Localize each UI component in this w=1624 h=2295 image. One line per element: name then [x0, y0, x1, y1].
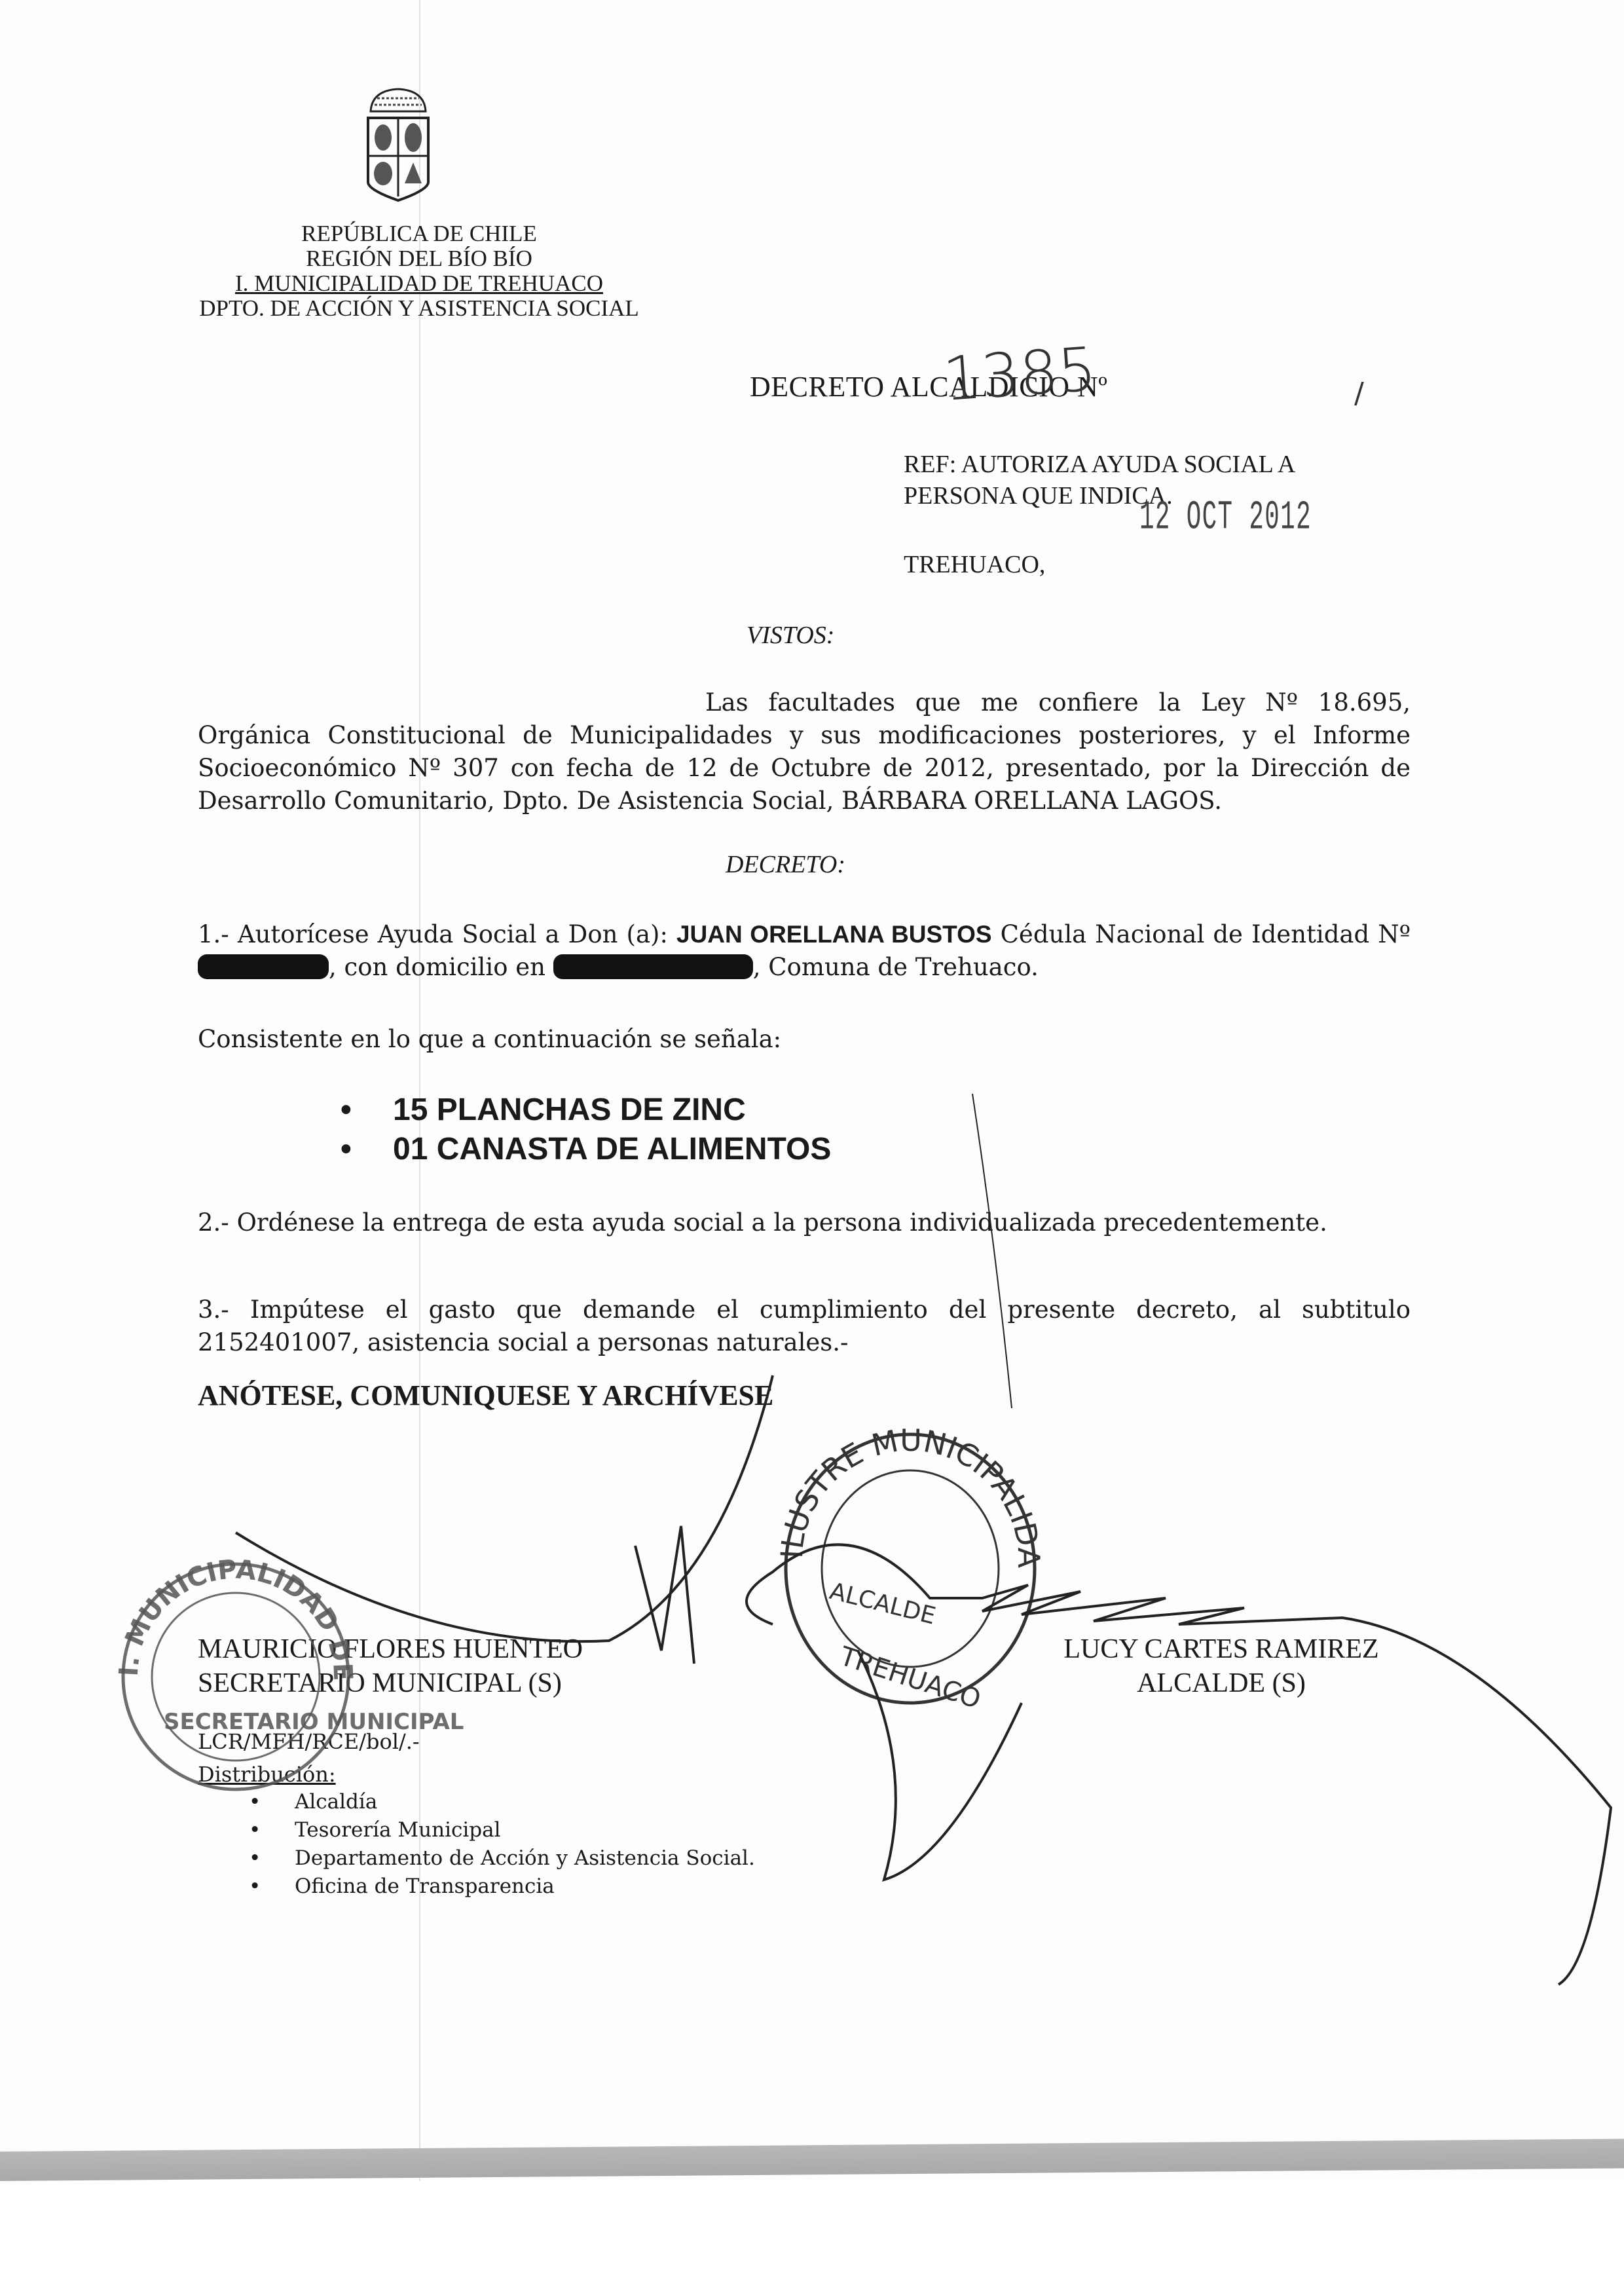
letterhead-country: REPÚBLICA DE CHILE: [196, 221, 642, 246]
decree-number-handwritten: 1385: [941, 334, 1099, 415]
bullet-icon: •: [249, 1788, 295, 1816]
decreto-item-3: 3.- Impútese el gasto que demande el cum…: [198, 1294, 1411, 1359]
vistos-paragraph: Las facultades que me confiere la Ley Nº…: [198, 686, 1411, 817]
mayor-role: ALCALDE (S): [1025, 1666, 1418, 1700]
distribution-label: Distribución:: [198, 1762, 336, 1787]
reference-initials: LCR/MFH/RCE/bol/.-: [198, 1729, 420, 1754]
decree-number-slash: /: [1354, 377, 1364, 410]
letterhead-municipality: I. MUNICIPALIDAD DE TREHUACO: [196, 271, 642, 296]
date-stamp: 12 OCT 2012: [1139, 494, 1312, 541]
redacted-address: [553, 954, 753, 979]
closing-formula: ANÓTESE, COMUNIQUESE Y ARCHÍVESE: [198, 1379, 773, 1412]
distribution-item: •Tesorería Municipal: [249, 1816, 755, 1844]
signature-block-secretary: MAURICIO FLORES HUENTEO SECRETARIO MUNIC…: [198, 1632, 583, 1700]
document-page: REPÚBLICA DE CHILE REGIÓN DEL BÍO BÍO I.…: [0, 0, 1624, 2181]
bullet-icon: •: [341, 1130, 393, 1169]
secretary-role: SECRETARIO MUNICIPAL (S): [198, 1666, 583, 1700]
distribution-item: •Oficina de Transparencia: [249, 1873, 755, 1901]
mayor-name: LUCY CARTES RAMIREZ: [1025, 1632, 1418, 1666]
secretary-name: MAURICIO FLORES HUENTEO: [198, 1632, 583, 1666]
beneficiary-name: JUAN ORELLANA BUSTOS: [676, 921, 992, 948]
decreto-item-2: 2.- Ordénese la entrega de esta ayuda so…: [198, 1206, 1411, 1239]
bullet-icon: •: [249, 1873, 295, 1901]
ref-line-1: REF: AUTORIZA AYUDA SOCIAL A: [904, 449, 1401, 480]
vistos-heading: VISTOS:: [747, 621, 834, 650]
letterhead-region: REGIÓN DEL BÍO BÍO: [196, 246, 642, 271]
aid-items-list: •15 PLANCHAS DE ZINC •01 CANASTA DE ALIM…: [341, 1091, 831, 1169]
distribution-item: •Alcaldía: [249, 1788, 755, 1816]
item1-id-label: Cédula Nacional de Identidad Nº: [992, 920, 1411, 948]
signature-block-mayor: LUCY CARTES RAMIREZ ALCALDE (S): [1025, 1632, 1418, 1700]
decreto-heading: DECRETO:: [726, 850, 845, 879]
item1-suffix: , Comuna de Trehuaco.: [753, 953, 1039, 981]
item1-prefix: 1.- Autorícese Ayuda Social a Don (a):: [198, 920, 676, 948]
item1-address-label: , con domicilio en: [329, 953, 553, 981]
aid-item: •15 PLANCHAS DE ZINC: [341, 1091, 831, 1130]
city-line: TREHUACO,: [904, 550, 1045, 579]
redacted-id: [198, 954, 329, 979]
aid-item: •01 CANASTA DE ALIMENTOS: [341, 1130, 831, 1169]
decreto-item-1: 1.- Autorícese Ayuda Social a Don (a): J…: [198, 918, 1411, 984]
bullet-icon: •: [249, 1844, 295, 1873]
bullet-icon: •: [341, 1091, 393, 1130]
letterhead: REPÚBLICA DE CHILE REGIÓN DEL BÍO BÍO I.…: [196, 221, 642, 321]
bullet-icon: •: [249, 1816, 295, 1844]
consistente-line: Consistente en lo que a continuación se …: [198, 1023, 1411, 1056]
coat-of-arms-icon: [359, 85, 437, 203]
distribution-item: •Departamento de Acción y Asistencia Soc…: [249, 1844, 755, 1873]
distribution-list: •Alcaldía •Tesorería Municipal •Departam…: [249, 1788, 755, 1901]
letterhead-department: DPTO. DE ACCIÓN Y ASISTENCIA SOCIAL: [196, 296, 642, 321]
